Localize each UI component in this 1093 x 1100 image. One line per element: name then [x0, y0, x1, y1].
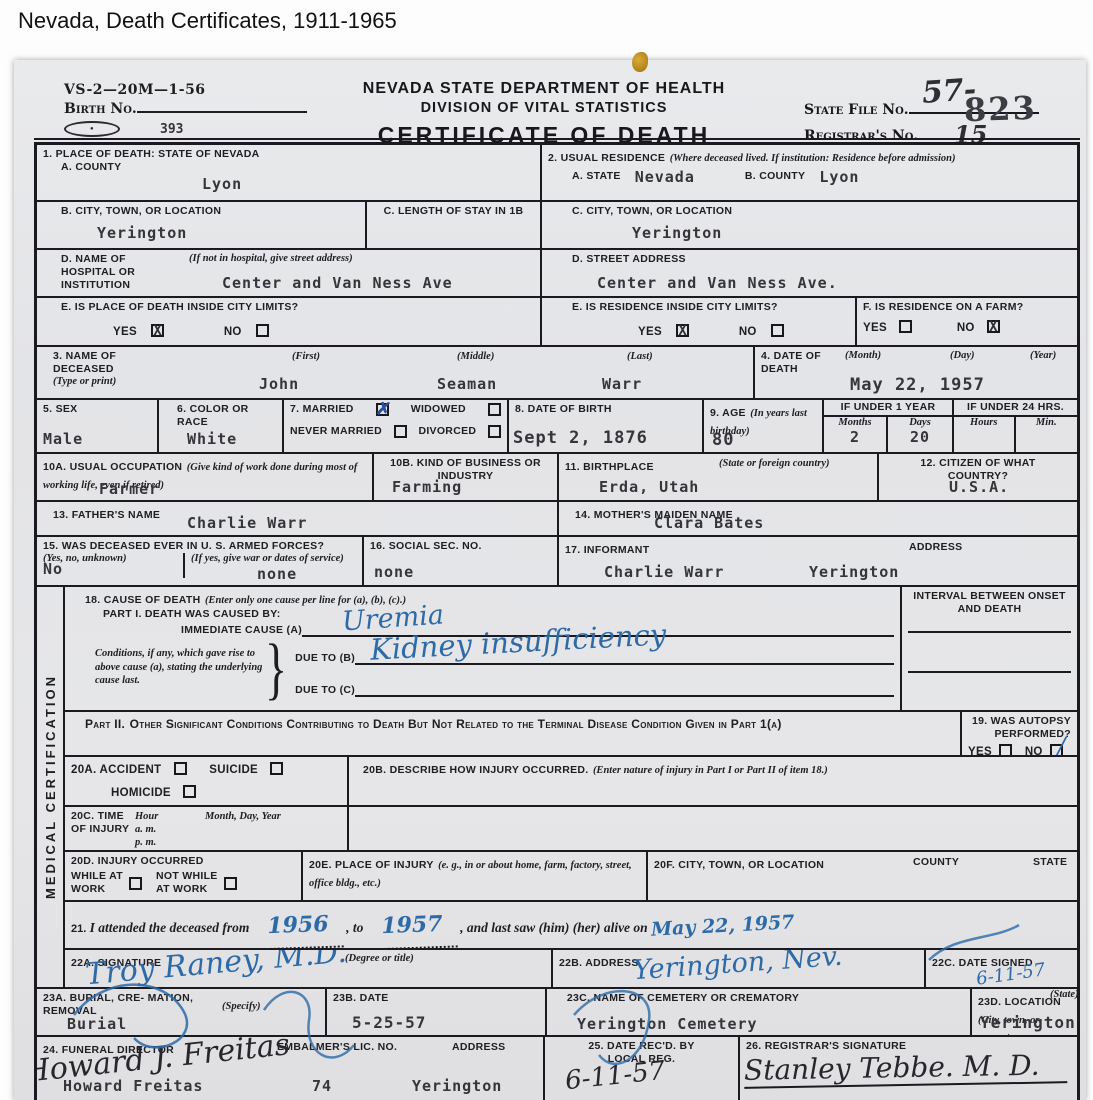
while-at-work-checkbox [129, 877, 142, 890]
street-address-label: D. STREET ADDRESS [572, 253, 1071, 266]
age-label: 9. AGE [710, 407, 746, 419]
registrar-signature-value: Stanley Tebbe. M. D. [744, 1048, 1068, 1089]
month-label: (Month) [845, 350, 881, 361]
field-time-of-injury: 20C. TIME OF INJURY Hour a. m. p. m. Mon… [65, 807, 349, 850]
suicide-label: SUICIDE [209, 764, 258, 776]
married-checkbox [376, 403, 389, 416]
fd-address-label: ADDRESS [452, 1041, 505, 1054]
under-1-year-label: IF UNDER 1 YEAR [824, 400, 952, 417]
due-to-c-label: DUE TO (C) [295, 684, 355, 697]
mdy-label: Month, Day, Year [205, 811, 281, 822]
field-injury-at-work: 20D. INJURY OCCURRED WHILE ATWORK NOT WH… [65, 852, 303, 900]
field-citizenship: 12. CITIZEN OF WHAT COUNTRY? U.S.A. [879, 454, 1077, 500]
burial-location-label: 23D. LOCATION [978, 996, 1061, 1008]
field-city-of-death: B. CITY, TOWN, OR LOCATION Yerington [37, 202, 367, 248]
field-time-of-injury-blank [349, 807, 1077, 850]
place-of-injury-label: 20E. PLACE OF INJURY [309, 859, 434, 871]
armed-forces-label: 15. WAS DECEASED EVER IN U. S. ARMED FOR… [43, 540, 356, 553]
cause-of-death-label: 18. CAUSE OF DEATH [85, 594, 200, 606]
residence-farm-no-checkbox [987, 320, 1000, 333]
certificate-form: 1. PLACE OF DEATH: STATE OF NEVADA A. CO… [34, 142, 1080, 1100]
union-label-icon: ● [64, 121, 120, 137]
residence-city-value: Yerington [632, 224, 722, 242]
state-file-label: State File No. [804, 102, 909, 118]
residence-state-value: Nevada [635, 168, 695, 186]
field-if-under-24-hrs: IF UNDER 24 HRS. Hours Min. [954, 400, 1077, 452]
first-label: (First) [292, 351, 320, 362]
injury-occurred-while-label: 20D. INJURY OCCURRED [71, 855, 295, 868]
field-date-of-birth: 8. DATE OF BIRTH Sept 2, 1876 [509, 400, 704, 452]
date-of-death-value: May 22, 1957 [850, 375, 985, 395]
informant-address-label: ADDRESS [909, 541, 962, 554]
interval-line-a [908, 631, 1071, 633]
homicide-checkbox [183, 785, 196, 798]
autopsy-no-checkbox [1050, 744, 1063, 755]
divorced-label: DIVORCED [418, 425, 476, 438]
yes-label: YES [968, 746, 992, 755]
color-race-value: White [187, 430, 237, 448]
death-city-limits-label: E. IS PLACE OF DEATH INSIDE CITY LIMITS? [61, 301, 534, 314]
informant-address-value: Yerington [809, 563, 899, 581]
field-residence-city-limits: E. IS RESIDENCE INSIDE CITY LIMITS? YES … [542, 298, 857, 345]
mother-name-value: Clara Bates [654, 514, 764, 532]
field-date-of-death: 4. DATE OF DEATH (Month) (Day) (Year) Ma… [755, 347, 1077, 398]
homicide-label: HOMICIDE [111, 787, 171, 799]
occupation-label: 10A. USUAL OCCUPATION [43, 461, 182, 473]
last-label: (Last) [627, 351, 653, 362]
ssn-label: 16. SOCIAL SEC. NO. [370, 540, 551, 553]
field-autopsy: 19. WAS AUTOPSY PERFORMED? YES NO [962, 712, 1077, 755]
attended-from-value: 1956 [252, 903, 343, 950]
embalmer-lic-value: 74 [312, 1077, 332, 1095]
field-usual-residence: 2. USUAL RESIDENCE (Where deceased lived… [542, 145, 1077, 200]
place-of-death-title: 1. PLACE OF DEATH: STATE OF NEVADA [43, 148, 534, 161]
never-married-checkbox [394, 425, 407, 438]
no-label: NO [739, 326, 757, 338]
field-burial: 23A. BURIAL, CRE- MATION, REMOVAL (Speci… [37, 989, 327, 1035]
injury-county-label: COUNTY [913, 856, 959, 869]
division-name: DIVISION OF VITAL STATISTICS [324, 100, 764, 116]
field-occupation: 10A. USUAL OCCUPATION (Give kind of work… [37, 454, 374, 500]
hours-label: Hours [954, 417, 1014, 428]
armed-forces-value2: none [257, 565, 297, 583]
field-how-injury-occurred: 20B. DESCRIBE HOW INJURY OCCURRED. (Ente… [349, 757, 1077, 805]
residence-farm-yes-checkbox [899, 320, 912, 333]
part1-label: PART I. DEATH WAS CAUSED BY: [103, 608, 894, 621]
funeral-director-typed: Howard Freitas [63, 1077, 203, 1095]
middle-name-value: Seaman [437, 375, 497, 393]
field-place-of-injury: 20E. PLACE OF INJURY (e. g., in or about… [303, 852, 648, 900]
field-accident-suicide-homicide: 20A. ACCIDENT SUICIDE HOMICIDE [65, 757, 349, 805]
field-interval-onset-death: INTERVAL BETWEEN ONSET AND DEATH [902, 587, 1077, 710]
father-name-value: Charlie Warr [187, 514, 307, 532]
sex-label: 5. SEX [43, 403, 151, 416]
birth-no-blank [137, 111, 307, 113]
due-to-b-label: DUE TO (B) [295, 652, 355, 665]
am-label: a. m. [135, 824, 156, 835]
hospital-value: Center and Van Ness Ave [222, 274, 453, 292]
field-ssn: 16. SOCIAL SEC. NO. none [364, 537, 559, 585]
attest-text-2: , to [346, 920, 363, 935]
conditions-note: Conditions, if any, which gave rise to a… [95, 647, 265, 697]
burial-date-value: 5-25-57 [352, 1013, 426, 1032]
not-while-label: NOT WHILE [156, 870, 218, 882]
burial-location-value: Yerington, Nevada [980, 1013, 1077, 1032]
at-work-label: AT WORK [156, 883, 207, 895]
year-label: (Year) [1030, 350, 1056, 361]
field-cause-of-death: 18. CAUSE OF DEATH (Enter only one cause… [65, 587, 902, 710]
residence-city-limits-no-checkbox [771, 324, 784, 337]
no-label: NO [224, 326, 242, 338]
field-age: 9. AGE (In years last birthday) 80 [704, 400, 824, 452]
length-of-stay-label: C. LENGTH OF STAY IN 1B [373, 205, 534, 218]
residence-state-label: A. STATE [572, 170, 621, 186]
department-name: NEVADA STATE DEPARTMENT OF HEALTH [324, 80, 764, 98]
under-24-hrs-label: IF UNDER 24 HRS. [954, 400, 1077, 417]
death-city-limits-yes-checkbox [151, 324, 164, 337]
certificate-scan: VS-2—20M—1-56 Birth No. ● 393 NEVADA STA… [14, 60, 1086, 1100]
field-father-name: 13. FATHER'S NAME Charlie Warr [37, 502, 559, 535]
residence-city-limits-yes-checkbox [676, 324, 689, 337]
while-at-label: WHILE AT [71, 870, 123, 882]
attest-text-1: I attended the deceased from [90, 920, 250, 935]
fd-address-value: Yerington [412, 1077, 502, 1095]
medical-certification-label: MEDICAL CERTIFICATION [43, 674, 58, 899]
days-label: Days [888, 417, 952, 428]
field-if-under-1-year: IF UNDER 1 YEAR Months 2 Days 20 [824, 400, 954, 452]
physician-signature-value: Troy Raney, M.D. [84, 950, 348, 987]
field-place-of-death-county: 1. PLACE OF DEATH: STATE OF NEVADA A. CO… [37, 145, 542, 200]
hour-label: Hour [135, 811, 158, 822]
first-name-value: John [259, 375, 299, 393]
city-of-death-label: B. CITY, TOWN, OR LOCATION [61, 205, 359, 218]
physician-address-value: Yerington, Nev. [632, 950, 843, 986]
degree-title-note: (Degree or title) [345, 953, 414, 964]
divorced-checkbox [488, 425, 501, 438]
field-registrar-signature: 26. REGISTRAR'S SIGNATURE Stanley Tebbe.… [740, 1037, 1077, 1100]
field-informant: 17. INFORMANT ADDRESS Charlie Warr Yerin… [559, 537, 1077, 585]
name-note: (Type or print) [53, 376, 747, 387]
min-label: Min. [1016, 417, 1078, 428]
death-city-limits-no-checkbox [256, 324, 269, 337]
field-mother-name: 14. MOTHER'S MAIDEN NAME Clara Bates [559, 502, 1077, 535]
not-while-at-work-checkbox [224, 877, 237, 890]
injury-occurred-note: (Enter nature of injury in Part I or Par… [593, 765, 828, 776]
medical-certification-strip: MEDICAL CERTIFICATION [37, 587, 65, 987]
middle-label: (Middle) [457, 351, 494, 362]
pm-label: p. m. [135, 837, 156, 848]
field-part2-conditions: Part II. Other Significant Conditions Co… [65, 712, 962, 755]
occupation-value: Farmer [99, 480, 159, 498]
physician-address-label: 22B. ADDRESS [559, 957, 639, 969]
cemetery-value: Yerington Cemetery [577, 1015, 758, 1033]
work-label: WORK [71, 883, 105, 895]
attended-to-value: 1957 [366, 903, 457, 950]
part2-label: Part II. [85, 717, 125, 731]
never-married-label: NEVER MARRIED [290, 425, 382, 438]
field-color-race: 6. COLOR OR RACE White [159, 400, 284, 452]
armed-forces-note2: (If yes, give war or dates of service) [191, 553, 356, 564]
county-label: A. COUNTY [61, 161, 534, 174]
injury-city-label: 20F. CITY, TOWN, OR LOCATION [654, 859, 824, 871]
industry-value: Farming [392, 478, 462, 496]
accident-checkbox [174, 762, 187, 775]
usual-residence-title: 2. USUAL RESIDENCE [548, 152, 665, 164]
field-burial-location: 23D. LOCATION (City, town, or county) (S… [972, 989, 1077, 1035]
screenshot-root: Nevada, Death Certificates, 1911-1965 VS… [0, 0, 1093, 1100]
burial-date-label: 23B. DATE [333, 992, 539, 1005]
residence-city-limits-label: E. IS RESIDENCE INSIDE CITY LIMITS? [572, 301, 849, 314]
residence-county-value: Lyon [819, 168, 859, 186]
embalmer-lic-label: EMBALMER'S LIC. NO. [277, 1041, 397, 1054]
months-label: Months [824, 417, 886, 428]
hospital-label: D. NAME OF HOSPITAL OR INSTITUTION [61, 253, 181, 292]
paper-stain [632, 52, 648, 72]
injury-state-label: STATE [1033, 856, 1067, 869]
field-residence-farm: F. IS RESIDENCE ON A FARM? YES NO [857, 298, 1077, 345]
yes-label: YES [638, 326, 662, 338]
suicide-checkbox [270, 762, 283, 775]
ssn-value: none [374, 563, 414, 581]
name-label: 3. NAME OF DECEASED [53, 350, 158, 376]
field-armed-forces: 15. WAS DECEASED EVER IN U. S. ARMED FOR… [37, 537, 364, 585]
informant-label: 17. INFORMANT [565, 544, 649, 556]
interval-line-b [908, 671, 1071, 673]
citizenship-value: U.S.A. [949, 478, 1009, 496]
field-length-of-stay: C. LENGTH OF STAY IN 1B [367, 202, 542, 248]
form-code: VS-2—20M—1-56 [64, 82, 307, 98]
residence-farm-label: F. IS RESIDENCE ON A FARM? [863, 301, 1071, 314]
field-residence-city: C. CITY, TOWN, OR LOCATION Yerington [542, 202, 1077, 248]
field-attestation: 21. I attended the deceased from 1956 , … [65, 902, 1077, 950]
birthplace-label: 11. BIRTHPLACE [565, 461, 654, 473]
due-to-c-blank [355, 683, 894, 697]
birthplace-note: (State or foreign country) [719, 458, 830, 469]
informant-value: Charlie Warr [604, 563, 724, 581]
color-race-label: 6. COLOR OR RACE [177, 403, 257, 429]
widowed-label: WIDOWED [411, 403, 466, 416]
page-title: Nevada, Death Certificates, 1911-1965 [18, 8, 397, 34]
county-value: Lyon [202, 175, 242, 193]
day-label: (Day) [950, 350, 975, 361]
married-label: 7. MARRIED [290, 403, 354, 416]
last-name-value: Warr [602, 375, 642, 393]
accident-label: 20A. ACCIDENT [71, 764, 161, 776]
burial-value: Burial [67, 1015, 127, 1033]
birth-no-label: Birth No. [64, 101, 137, 117]
usual-residence-note: (Where deceased lived. If institution: R… [670, 153, 956, 164]
burial-note: (Specify) [222, 1001, 260, 1012]
header-left: VS-2—20M—1-56 Birth No. ● 393 [64, 82, 307, 137]
injury-occurred-label: 20B. DESCRIBE HOW INJURY OCCURRED. [363, 764, 588, 776]
street-address-value: Center and Van Ness Ave. [597, 274, 838, 292]
sex-value: Male [43, 430, 83, 448]
birthplace-value: Erda, Utah [599, 478, 699, 496]
field-death-city-limits: E. IS PLACE OF DEATH INSIDE CITY LIMITS?… [37, 298, 542, 345]
months-value: 2 [824, 428, 886, 446]
date-of-birth-value: Sept 2, 1876 [513, 428, 648, 448]
yes-label: YES [113, 326, 137, 338]
field-hospital-name: D. NAME OF HOSPITAL OR INSTITUTION (If n… [37, 250, 542, 296]
days-value: 20 [888, 428, 952, 446]
header-right: State File No. 57- 823 Registrar's No. 1… [804, 84, 1084, 144]
field-date-received: 25. DATE REC'D. BY LOCAL REG. 6-11-57 [545, 1037, 740, 1100]
field-burial-date: 23B. DATE 5-25-57 [327, 989, 547, 1035]
interval-label: INTERVAL BETWEEN ONSET AND DEATH [908, 590, 1071, 616]
no-label: NO [957, 322, 975, 334]
conditions-brace: } [265, 635, 287, 710]
residence-county-label: B. COUNTY [745, 170, 805, 186]
birth-no-row: Birth No. [64, 101, 307, 117]
part2-text: Other Significant Conditions Contributin… [130, 717, 782, 731]
age-value: 80 [712, 430, 734, 450]
field-name-of-deceased: 3. NAME OF DECEASED (Type or print) (Fir… [37, 347, 755, 398]
field-street-address: D. STREET ADDRESS Center and Van Ness Av… [542, 250, 1077, 296]
burial-state-note: (State) [1050, 989, 1077, 1000]
last-seen-value: May 22, 1957 [650, 904, 795, 948]
field-sex: 5. SEX Male [37, 400, 159, 452]
date-of-birth-label: 8. DATE OF BIRTH [515, 403, 696, 416]
header-rule [34, 138, 1080, 140]
field-physician-signature: 22A. SIGNATURE (Degree or title) Troy Ra… [65, 950, 553, 987]
field-funeral-director: 24. FUNERAL DIRECTOR EMBALMER'S LIC. NO.… [37, 1037, 545, 1100]
serial-number: 393 [160, 122, 183, 137]
no-label: NO [1025, 746, 1043, 755]
yes-label: YES [863, 322, 887, 334]
field-industry: 10B. KIND OF BUSINESS OR INDUSTRY Farmin… [374, 454, 559, 500]
field-injury-location: 20F. CITY, TOWN, OR LOCATION COUNTY STAT… [648, 852, 1077, 900]
autopsy-yes-checkbox [999, 744, 1012, 755]
time-of-injury-label: 20C. TIME OF INJURY [71, 810, 131, 836]
attest-text-3: , and last saw (him) (her) alive on [460, 920, 648, 935]
residence-city-label: C. CITY, TOWN, OR LOCATION [572, 205, 1071, 218]
field-marital-status: 7. MARRIED WIDOWED NEVER MARRIED DIVORCE… [284, 400, 509, 452]
field-date-signed: 22C. DATE SIGNED 6-11-57 [926, 950, 1077, 987]
field-birthplace: 11. BIRTHPLACE (State or foreign country… [559, 454, 879, 500]
field-cemetery: 23C. NAME OF CEMETERY OR CREMATORY Yerin… [547, 989, 972, 1035]
field-physician-address: 22B. ADDRESS Yerington, Nev. [553, 950, 926, 987]
city-of-death-value: Yerington [97, 224, 187, 242]
date-of-death-label: 4. DATE OF DEATH [761, 350, 831, 376]
father-name-label: 13. FATHER'S NAME [53, 509, 160, 521]
cemetery-label: 23C. NAME OF CEMETERY OR CREMATORY [553, 992, 813, 1005]
widowed-checkbox [488, 403, 501, 416]
